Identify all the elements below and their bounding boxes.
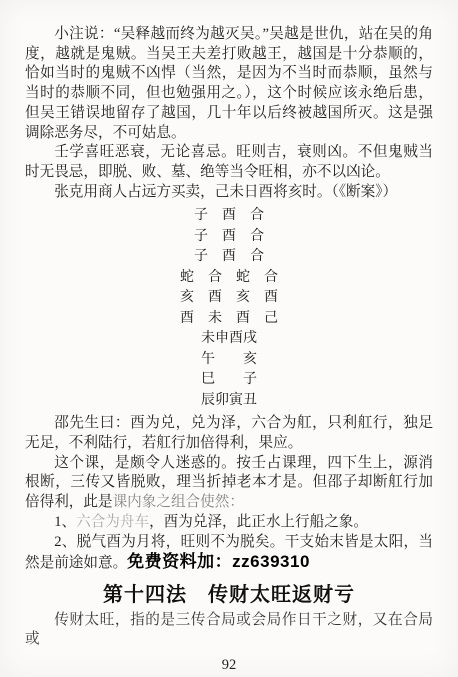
page-number: 92	[25, 656, 433, 676]
section-heading: 第十四法 传财太旺返财亏	[25, 586, 433, 606]
list-item-1-number: 1、	[54, 514, 76, 530]
chart-line-four-lessons-upper: 亥 酉 亥 酉	[25, 288, 433, 309]
paragraph-analysis: 这个课，是颇令人迷惑的。按壬占课理，四下生上，源消根断，三传又皆脱败，理当折掉老…	[25, 454, 433, 513]
chart-line-plate-mid-1: 午 亥	[25, 350, 433, 371]
chart-line-plate-top: 未申酉戌	[25, 329, 433, 350]
page-content: 小注说：“吴释越而终为越灭吴。”吴越是世仇，站在吴的角度，越就是鬼贼。当吴王夫差…	[0, 0, 458, 676]
watermark-contact-text: 免费资料加：zz639310	[127, 552, 310, 571]
chart-line-four-lessons-lower: 酉 未 酉 己	[25, 309, 433, 330]
analysis-text-faded: 课内象之组合使然：	[113, 494, 244, 510]
chart-line-plate-bottom: 辰卯寅丑	[25, 391, 433, 412]
paragraph-small-note: 小注说：“吴释越而终为越灭吴。”吴越是世仇，站在吴的角度，越就是鬼贼。当吴王夫差…	[25, 25, 433, 143]
chart-line-transmission-2: 子 酉 合	[25, 227, 433, 248]
list-item-1-faded: 六合为舟车	[76, 514, 149, 530]
list-item-1-text: ，酉为兑泽，此正水上行船之象。	[149, 514, 368, 530]
list-item-2: 2、脱气酉为月将，旺则不为脱矣。干支始末皆是太阳，当然是前途如意。免费资料加：z…	[25, 533, 433, 574]
paragraph-next-section-intro: 传财太旺，指的是三传合局或会局作日干之财，又在合局或	[25, 611, 433, 650]
paragraph-shao-verdict: 邵先生曰：酉为兑，兑为泽，六合为舡，只利舡行，独足无足，不利陆行，若舡行加倍得利…	[25, 414, 433, 453]
paragraph-renxue-principle: 壬学喜旺恶衰，无论喜忌。旺则吉，衰则凶。不但鬼贼当时无畏忌，即脱、败、墓、绝等当…	[25, 143, 433, 182]
chart-line-transmission-1: 子 酉 合	[25, 206, 433, 227]
chart-line-four-lessons-generals: 蛇 合 蛇 合	[25, 268, 433, 289]
scanned-book-page: 小注说：“吴释越而终为越灭吴。”吴越是世仇，站在吴的角度，越就是鬼贼。当吴王夫差…	[0, 0, 458, 677]
chart-line-transmission-3: 子 酉 合	[25, 247, 433, 268]
list-item-1: 1、六合为舟车，酉为兑泽，此正水上行船之象。	[25, 513, 433, 533]
divination-plate-diagram: 子 酉 合 子 酉 合 子 酉 合 蛇 合 蛇 合 亥 酉 亥 酉 酉 未 酉 …	[25, 206, 433, 411]
paragraph-case-intro: 张克用商人占远方买卖，己未日酉将亥时。（《断案》）	[25, 183, 433, 203]
chart-line-plate-mid-2: 巳 子	[25, 370, 433, 391]
